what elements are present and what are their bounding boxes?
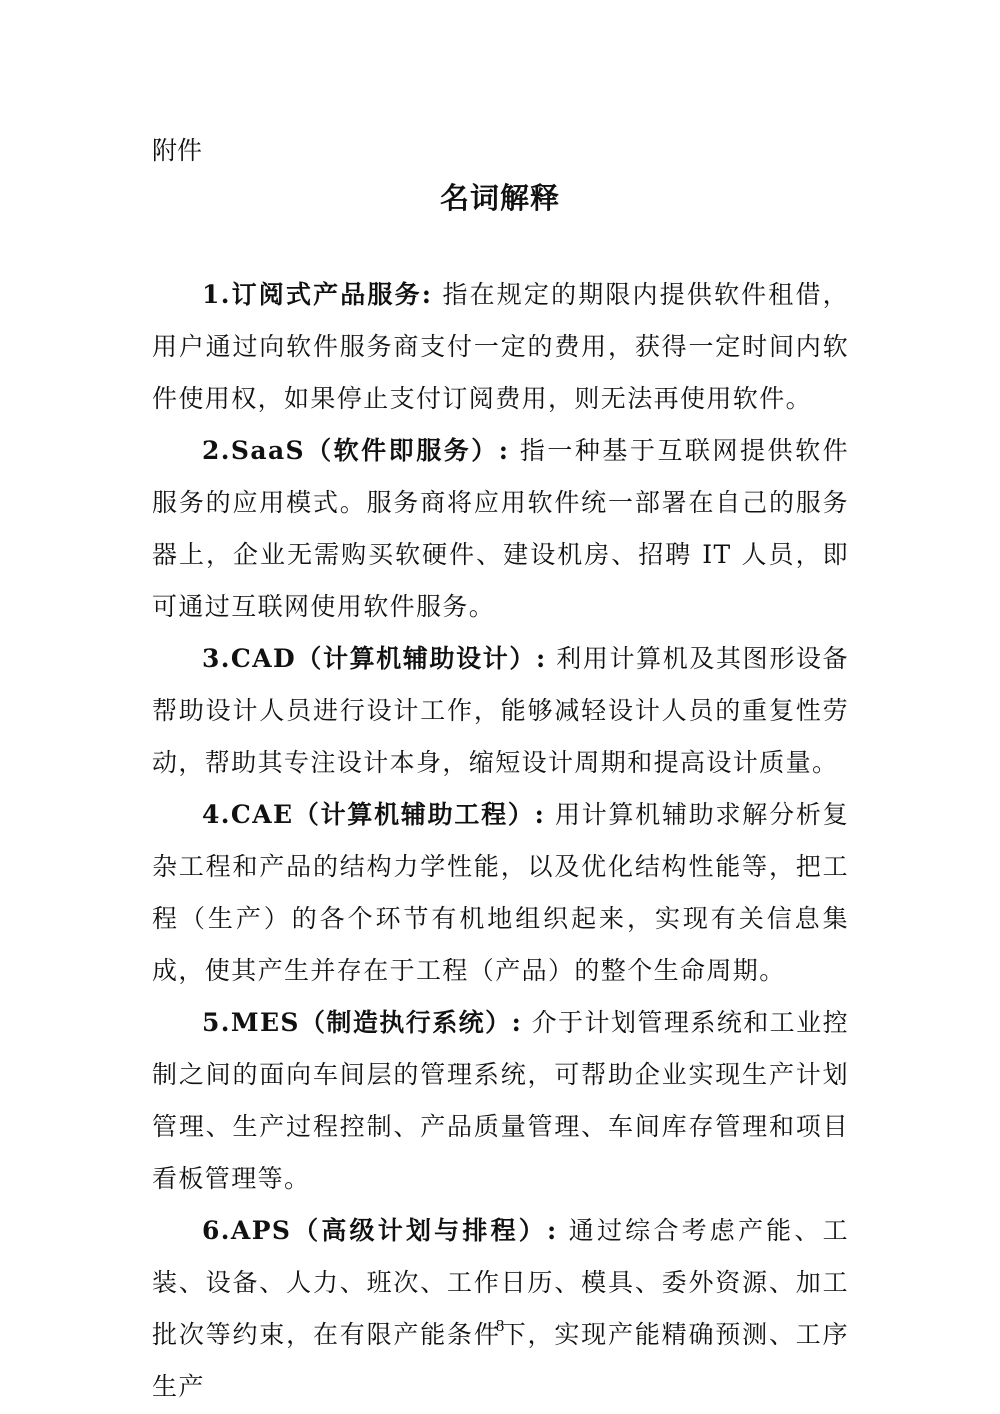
glossary-entry-saas: 2.SaaS（软件即服务）: 指一种基于互联网提供软件服务的应用模式。服务商将应… — [152, 425, 849, 633]
page-number: 8 — [0, 1316, 1000, 1336]
glossary-entry-mes: 5.MES（制造执行系统）: 介于计划管理系统和工业控制之间的面向车间层的管理系… — [152, 997, 849, 1205]
attachment-label: 附件 — [152, 131, 202, 167]
glossary-entry-aps: 6.APS（高级计划与排程）: 通过综合考虑产能、工装、设备、人力、班次、工作日… — [152, 1205, 849, 1413]
entry-term: 4.CAE（计算机辅助工程）: — [202, 800, 545, 829]
entry-term: 5.MES（制造执行系统）: — [202, 1008, 522, 1037]
glossary-entry-subscription: 1.订阅式产品服务: 指在规定的期限内提供软件租借，用户通过向软件服务商支付一定… — [152, 269, 849, 425]
page-title: 名词解释 — [0, 176, 1000, 217]
entry-term: 2.SaaS（软件即服务）: — [202, 436, 509, 465]
glossary-entry-cad: 3.CAD（计算机辅助设计）: 利用计算机及其图形设备帮助设计人员进行设计工作，… — [152, 633, 849, 789]
glossary-body: 1.订阅式产品服务: 指在规定的期限内提供软件租借，用户通过向软件服务商支付一定… — [152, 269, 849, 1413]
entry-term: 6.APS（高级计划与排程）: — [202, 1216, 558, 1245]
glossary-entry-cae: 4.CAE（计算机辅助工程）: 用计算机辅助求解分析复杂工程和产品的结构力学性能… — [152, 789, 849, 997]
entry-term: 1.订阅式产品服务: — [202, 280, 432, 309]
entry-term: 3.CAD（计算机辅助设计）: — [202, 644, 547, 673]
